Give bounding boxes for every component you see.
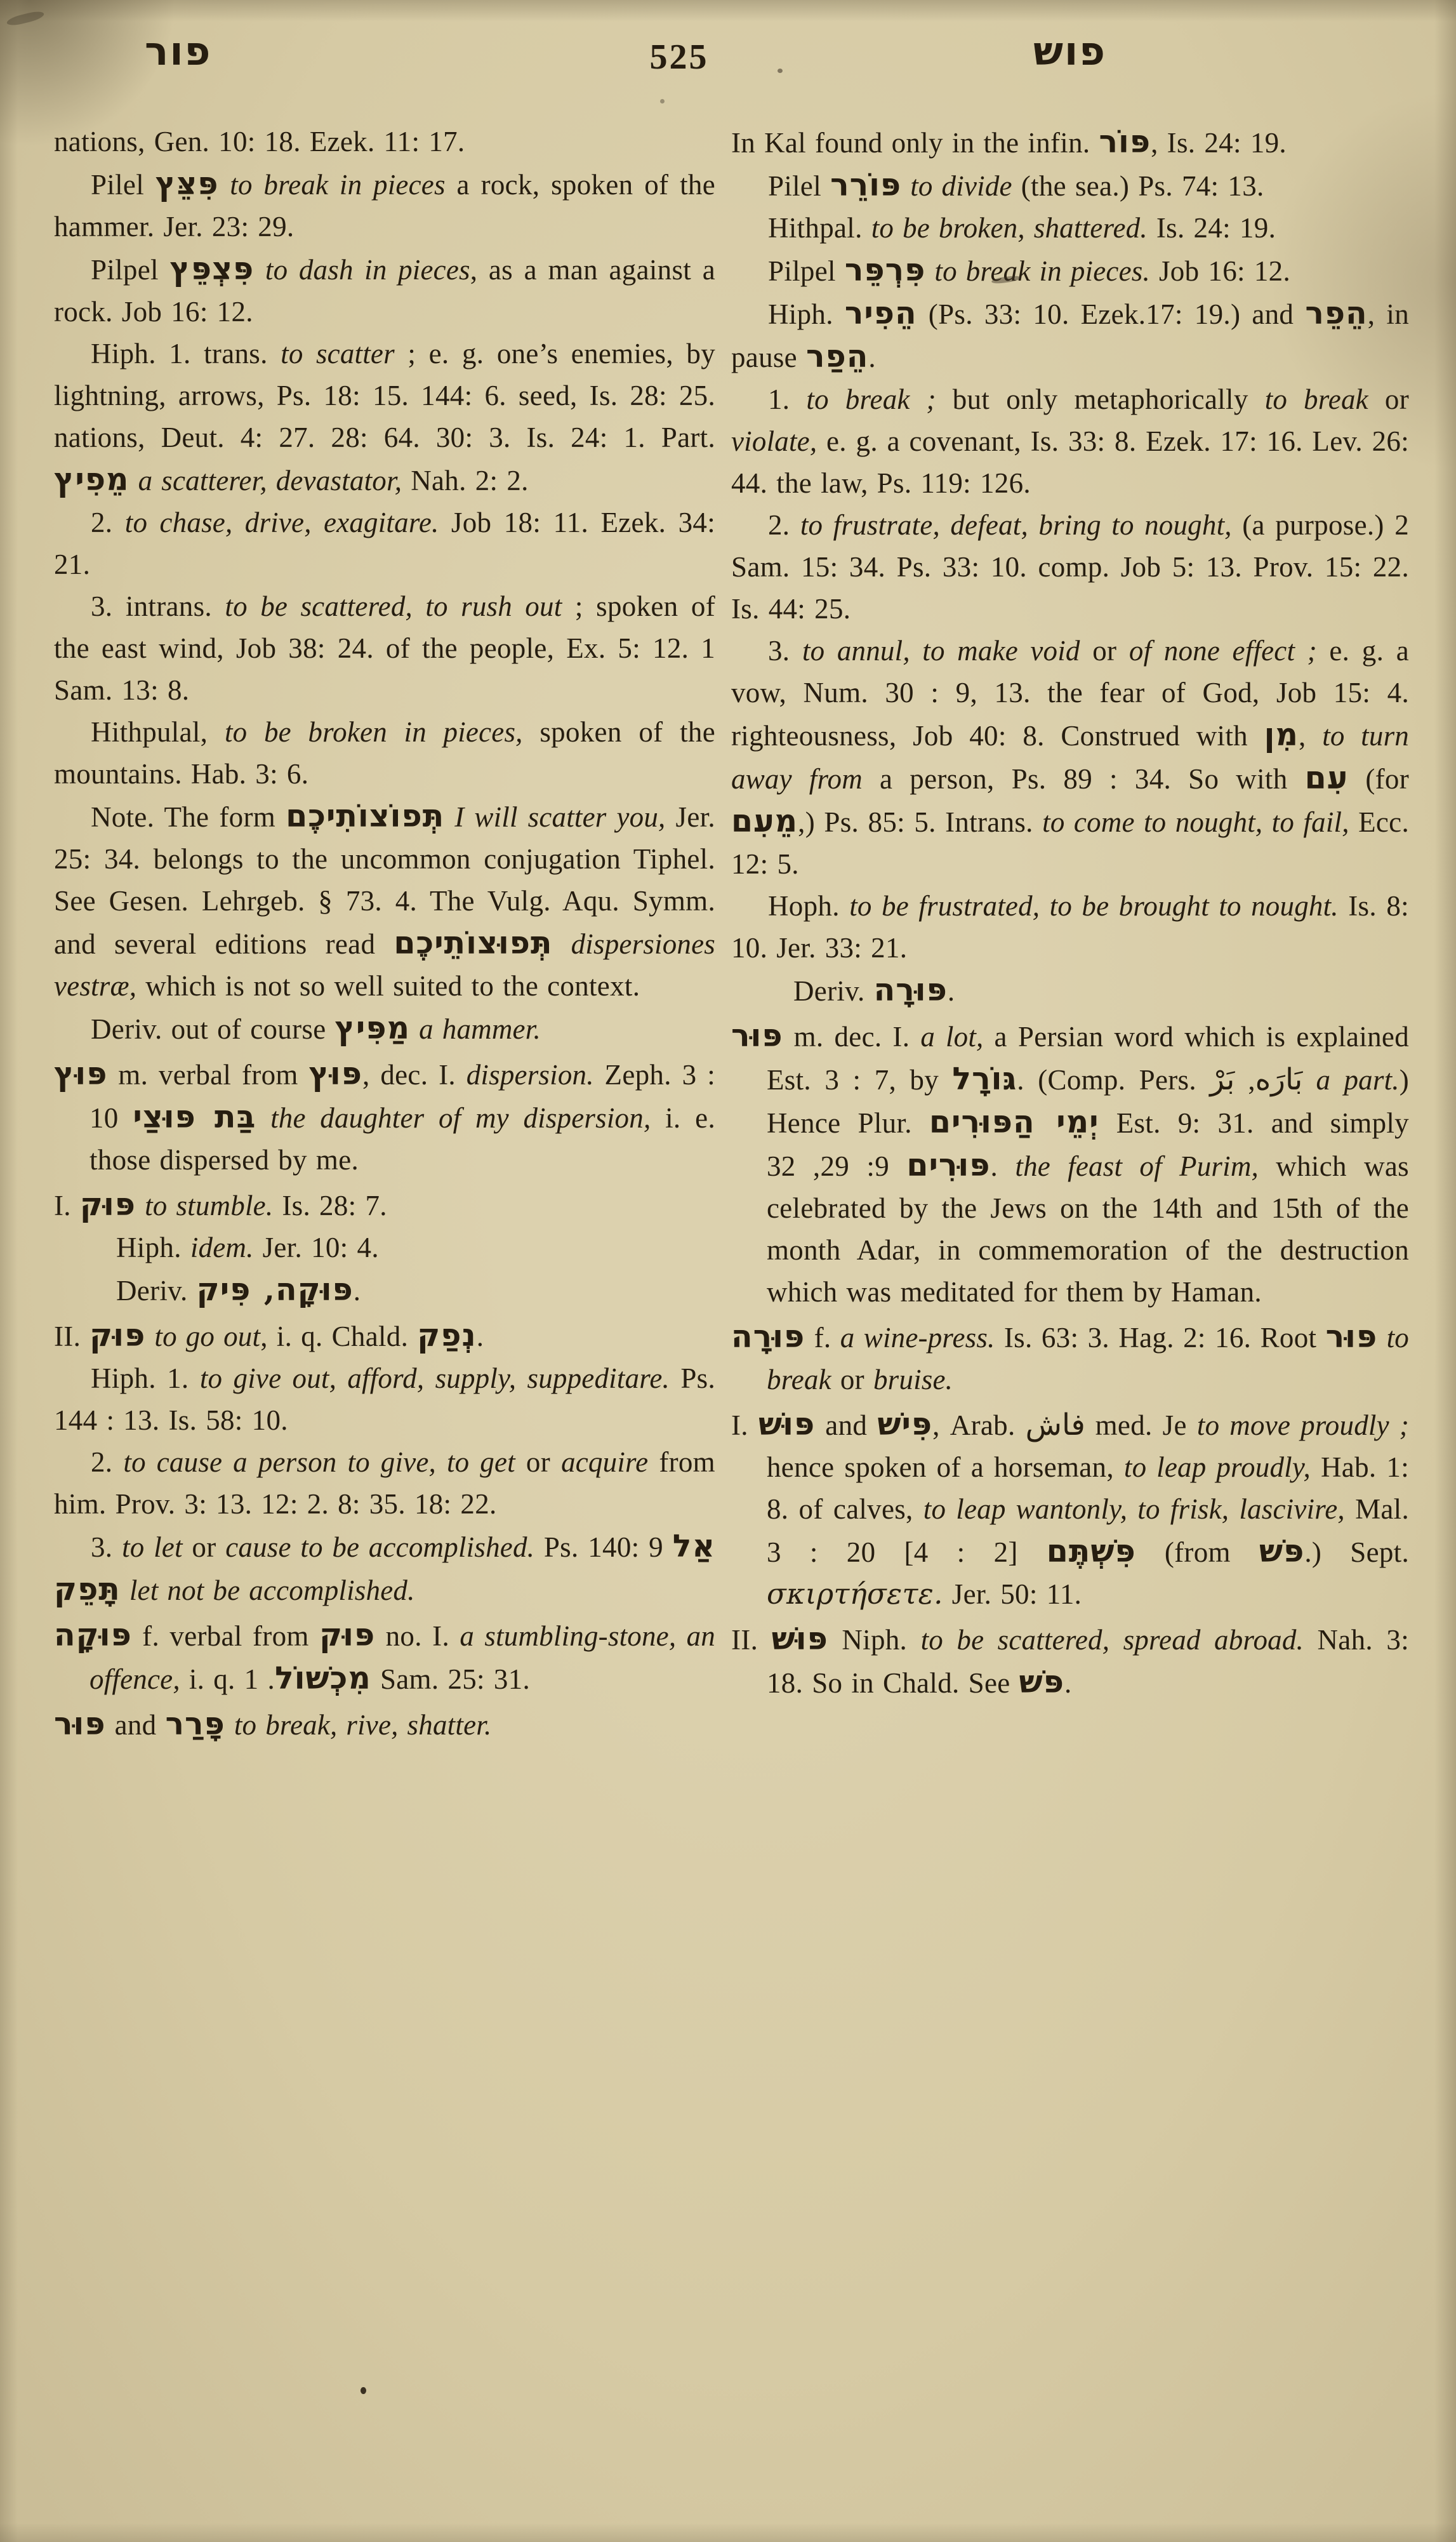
text-run [410, 1013, 419, 1045]
italic-run: to stumble. [145, 1190, 273, 1221]
text-run: Job 16: 12. [1150, 255, 1290, 287]
text-run: , [1299, 720, 1322, 752]
entry-paragraph: 2. to chase, drive, exagitare. Job 18: 1… [54, 502, 715, 585]
hebrew-word: פּוּץ [54, 1055, 107, 1092]
entry-paragraph: פּוּר and פָּרַר to break, rive, shatter… [54, 1703, 715, 1746]
text-run: Is. 24: 19. [1148, 212, 1276, 244]
hebrew-word: פּוּרָה [731, 1318, 805, 1355]
text-run: Niph. [828, 1624, 921, 1656]
text-run [256, 1102, 270, 1134]
italic-run: to divide [910, 170, 1012, 202]
hebrew-word: פּוּר [731, 1017, 783, 1054]
hebrew-word: פּוּקָה [54, 1616, 132, 1653]
text-run [1302, 1064, 1316, 1096]
text-run: or [515, 1446, 561, 1478]
entry-paragraph: Hiph. הֵפִיר (Ps. 33: 10. Ezek.17: 19.) … [731, 292, 1409, 378]
arabic-word: بَرْ [1210, 1062, 1234, 1097]
text-run: Hiph. [768, 298, 845, 330]
hebrew-word: מִכְשׁוֹל [275, 1660, 371, 1696]
text-run: . (Comp. Pers. [1017, 1064, 1210, 1096]
text-run: Ps. 140: 9 [534, 1531, 673, 1563]
entry-paragraph: Note. The form תְּפוֹצוֹתִיכֶם I will sc… [54, 795, 715, 1007]
text-run: Deriv. [116, 1275, 197, 1307]
hebrew-word: פִּשְׁתֶּם [1047, 1533, 1136, 1569]
text-run: , Arab. [932, 1409, 1026, 1441]
italic-run: to come to nought, to fail, [1042, 806, 1349, 838]
entry-paragraph: Pilpel פִּרְפֵּר to break in pieces. Job… [731, 249, 1409, 292]
italic-run: to break in pieces. [934, 255, 1150, 287]
text-run [1377, 1322, 1386, 1354]
italic-run: to chase, drive, exagitare. [125, 507, 439, 538]
text-run [145, 1321, 154, 1352]
text-run [129, 465, 138, 496]
text-run [552, 928, 571, 960]
text-run: or [1080, 635, 1129, 667]
text-run: Note. The form [91, 801, 286, 833]
hebrew-word: פִּצֵּץ [156, 165, 219, 202]
entry-paragraph: 1. to break ; but only metaphorically to… [731, 378, 1409, 504]
text-run: but only metaphorically [936, 383, 1265, 415]
text-run: Hoph. [768, 890, 849, 922]
entry-paragraph: Deriv. out of course מַפִּיץ a hammer. [54, 1007, 715, 1050]
hebrew-word: מִן [1264, 716, 1299, 753]
text-run: and [815, 1409, 877, 1441]
text-run: m. verbal from [107, 1059, 308, 1091]
entry-paragraph: פּוּר m. dec. I. a lot, a Persian word w… [731, 1015, 1409, 1313]
text-run: nations, Gen. 10: 18. Ezek. 11: 17. [54, 126, 465, 157]
text-run [136, 1190, 145, 1221]
hebrew-word: פּוּרָה [874, 971, 948, 1008]
hebrew-word: פּוּר [1326, 1318, 1378, 1355]
hebrew-word: מֵפִיץ [54, 461, 129, 498]
text-run: which is not so well suited to the conte… [136, 970, 640, 1002]
arabic-word: بَارَه [1255, 1062, 1303, 1097]
italic-run: to dash in pieces [265, 254, 470, 286]
text-run: . [1064, 1667, 1072, 1699]
italic-run: to break [1265, 383, 1368, 415]
italic-run: to be scattered, to rush out [225, 590, 562, 622]
entry-paragraph: Hiph. 1. trans. to scatter ; e. g. one’s… [54, 333, 715, 502]
hebrew-word: פּוֹר [1099, 123, 1151, 160]
hebrew-word: פּוּץ [309, 1055, 362, 1092]
text-run: .) Sept. [1304, 1536, 1409, 1568]
hebrew-word: פּשׁ [1019, 1663, 1064, 1700]
italic-run: to be broken in pieces, [225, 716, 523, 748]
text-run: Hiph. 1. [91, 1362, 200, 1394]
hebrew-word: פּשׁ [1259, 1533, 1304, 1569]
entry-paragraph: 3. intrans. to be scattered, to rush out… [54, 585, 715, 711]
hebrew-word: פּוּשׁ [758, 1406, 815, 1442]
text-run: 3. [768, 635, 802, 667]
text-run: Nah. 2: 2. [402, 465, 529, 496]
italic-run: acquire [561, 1446, 648, 1478]
entry-paragraph: Hithpal. to be broken, shattered. Is. 24… [731, 207, 1409, 249]
running-head-left: פור [145, 32, 211, 71]
entry-paragraph: In Kal found only in the infin. פּוֹר, I… [731, 121, 1409, 164]
text-run: II. [54, 1321, 89, 1352]
italic-run: of none effect ; [1129, 635, 1317, 667]
text-run: . [868, 342, 876, 373]
italic-run: to break ; [806, 383, 936, 415]
italic-run: the feast of Purim, [1015, 1150, 1259, 1182]
text-run: Jer. 50: 11. [943, 1578, 1082, 1610]
italic-run: to give out, afford, supply, suppeditare… [200, 1362, 670, 1394]
entry-paragraph: Hiph. 1. to give out, afford, supply, su… [54, 1357, 715, 1441]
text-run: . [354, 1275, 361, 1307]
text-run: f. verbal from [132, 1620, 319, 1652]
italic-run: a part. [1316, 1064, 1399, 1096]
italic-run: to annul, to make void [802, 635, 1080, 667]
ink-speck [361, 2387, 366, 2394]
text-run: , Is. 24: 19. [1151, 127, 1287, 159]
text-run: e. g. a covenant, Is. 33: 8. Ezek. 17: 1… [731, 425, 1409, 499]
italic-run: a hammer. [419, 1013, 541, 1045]
hebrew-word: תְּפוּצוֹתֵיכֶם [394, 924, 552, 961]
text-run: med. Je [1085, 1409, 1197, 1441]
text-run [925, 255, 934, 287]
hebrew-word: פּוּק [89, 1317, 145, 1354]
text-run: (the sea.) Ps. 74: 13. [1012, 170, 1264, 202]
page-number: 525 [609, 39, 749, 75]
italic-run: to be frustrated, to be brought to nough… [849, 890, 1339, 922]
entry-paragraph: פּוּקָה f. verbal from פּוּק no. I. a st… [54, 1614, 715, 1700]
italic-run: the daughter of my dispersion, [270, 1102, 651, 1134]
entry-paragraph: 2. to frustrate, defeat, bring to nought… [731, 504, 1409, 630]
greek-word: σκιρτήσετε. [767, 1577, 943, 1611]
italic-run: to let [122, 1531, 183, 1563]
entry-paragraph: Hoph. to be frustrated, to be brought to… [731, 885, 1409, 969]
left-column: nations, Gen. 10: 18. Ezek. 11: 17.Pilel… [54, 121, 715, 1746]
entry-paragraph: Pilel פִּצֵּץ to break in pieces a rock,… [54, 163, 715, 248]
text-run: ,) Ps. 85: 5. Intrans. [798, 806, 1042, 838]
text-run: Deriv. [793, 975, 874, 1007]
text-run: , [1234, 1064, 1255, 1096]
italic-run: to frustrate, defeat, bring to nought, [800, 509, 1232, 541]
entry-paragraph: Hiph. idem. Jer. 10: 4. [54, 1227, 715, 1268]
text-run: Deriv. out of course [91, 1013, 335, 1045]
ink-speck [660, 99, 665, 103]
entry-paragraph: פּוּרָה f. a wine-press. Is. 63: 3. Hag.… [731, 1315, 1409, 1401]
text-run [901, 170, 910, 202]
text-run: no. I. [375, 1620, 460, 1652]
text-run: a person, Ps. 89 : 34. So with [863, 763, 1305, 795]
text-run: Pilpel [768, 255, 845, 287]
hebrew-word: יְמֵי הַפּוּרִים [929, 1103, 1099, 1140]
text-run: II. [731, 1624, 772, 1656]
italic-run: to go out [154, 1321, 260, 1352]
text-run: (Ps. 33: 10. Ezek.17: 19.) and [917, 298, 1306, 330]
hebrew-word: בַּת פּוּצַי [133, 1098, 256, 1135]
entry-paragraph: Pilel פּוֹרֵר to divide (the sea.) Ps. 7… [731, 164, 1409, 207]
text-run: Est. 9: 31. and simply [1099, 1107, 1409, 1139]
hebrew-word: הֵפֵר [1305, 295, 1367, 331]
entry-paragraph: nations, Gen. 10: 18. Ezek. 11: 17. [54, 121, 715, 163]
text-run: or [831, 1364, 873, 1395]
text-run: 3. intrans. [91, 590, 225, 622]
ink-speck [778, 69, 783, 73]
italic-run: dispersion. [467, 1059, 594, 1091]
text-run: Hithpal. [768, 212, 871, 244]
text-run: , dec. I. [362, 1059, 467, 1091]
text-run: Is. 63: 3. Hag. 2: 16. Root [995, 1322, 1326, 1354]
text-run: In Kal found only in the infin. [731, 127, 1099, 159]
hebrew-word: תְּפוֹצוֹתִיכֶם [286, 797, 444, 834]
text-run [121, 1574, 129, 1606]
text-run: 1. [768, 383, 806, 415]
text-run: Pilel [91, 169, 156, 201]
entry-paragraph: פּוּץ m. verbal from פּוּץ, dec. I. disp… [54, 1053, 715, 1181]
hebrew-word: עִם [1305, 759, 1349, 796]
entry-paragraph: Hithpulal, to be broken in pieces, spoke… [54, 711, 715, 795]
text-run: Hithpulal, [91, 716, 225, 748]
italic-run: to leap wantonly, to frisk, lascivire, [923, 1493, 1345, 1525]
text-run [444, 801, 454, 833]
italic-run: a lot, [920, 1021, 983, 1053]
text-run: Is. 28: 7. [273, 1190, 387, 1221]
italic-run: let not be accomplished. [129, 1574, 415, 1606]
entry-paragraph: 3. to annul, to make void or of none eff… [731, 630, 1409, 885]
italic-run: to scatter [281, 338, 395, 369]
arabic-word: فاش [1026, 1407, 1085, 1442]
text-run: 3. [91, 1531, 122, 1563]
entry-paragraph: 3. to let or cause to be accomplished. P… [54, 1525, 715, 1611]
italic-run: I will scatter you, [454, 801, 665, 833]
text-run [218, 169, 230, 201]
hebrew-word: פִּרְפֵּר [845, 251, 925, 288]
hebrew-word: פּוּרִים [906, 1147, 990, 1183]
hebrew-word: פָּרַר [166, 1705, 225, 1742]
text-run: and [106, 1709, 166, 1741]
pencil-mark [6, 10, 45, 27]
text-run: I. [731, 1409, 758, 1441]
italic-run: a wine-press. [840, 1322, 995, 1354]
text-run: Jer. 10: 4. [254, 1232, 379, 1263]
text-run: Pilpel [91, 254, 169, 286]
entry-paragraph: 2. to cause a person to give, to get or … [54, 1441, 715, 1525]
italic-run: idem. [190, 1232, 254, 1263]
text-run: Hiph. 1. trans. [91, 338, 281, 369]
text-run: 2. [91, 507, 125, 538]
italic-run: to leap proudly, [1124, 1451, 1311, 1483]
text-run: 2. [91, 1446, 123, 1478]
hebrew-word: מַפִּיץ [335, 1009, 411, 1046]
hebrew-word: הֵפִיר [845, 295, 917, 331]
hebrew-word: פּוֹרֵר [830, 166, 901, 203]
entry-paragraph: I. פּוּשׁ and פִּישׁ, Arab. فاش med. Je … [731, 1403, 1409, 1615]
entry-paragraph: Deriv. פּוּרָה. [731, 969, 1409, 1012]
entry-paragraph: I. פּוּק to stumble. Is. 28: 7. [54, 1183, 715, 1227]
text-run: hence spoken of a horseman, [767, 1451, 1124, 1483]
text-run: m. dec. I. [783, 1021, 921, 1053]
text-run [225, 1709, 234, 1741]
text-run: (for [1348, 763, 1409, 795]
text-run: i. q. [180, 1663, 244, 1695]
italic-run: to move proudly ; [1197, 1409, 1409, 1441]
text-run: Hiph. [116, 1232, 190, 1263]
italic-run: to be broken, shattered. [871, 212, 1148, 244]
page: פור 525 פוש nations, Gen. 10: 18. Ezek. … [0, 0, 1456, 2542]
hebrew-word: נְפַק [417, 1317, 477, 1354]
italic-run: violate, [731, 425, 817, 457]
entry-paragraph: Deriv. פּוּקָה, פִּיק. [54, 1268, 715, 1312]
text-run: or [183, 1531, 226, 1563]
hebrew-word: פּוּשׁ [772, 1620, 828, 1657]
text-run: f. [805, 1322, 840, 1354]
italic-run: to break, rive, shatter. [234, 1709, 492, 1741]
hebrew-word: פּוּק [319, 1616, 375, 1653]
right-column: In Kal found only in the infin. פּוֹר, I… [731, 121, 1409, 1704]
entry-paragraph: II. פּוּק to go out, i. q. Chald. נְפַק. [54, 1314, 715, 1357]
italic-run: a scatterer, devastator, [138, 465, 402, 496]
hebrew-word: מֵעִם [731, 802, 798, 839]
running-head-right: פוש [1033, 32, 1106, 71]
italic-run: bruise. [873, 1364, 953, 1395]
italic-run: to be scattered, spread abroad. [921, 1624, 1304, 1656]
italic-run: to break in pieces [230, 169, 445, 201]
hebrew-word: פּוּר [54, 1705, 106, 1742]
italic-run: to cause a person to give, to get [123, 1446, 515, 1478]
text-run: I. [54, 1190, 80, 1221]
text-run: . [477, 1321, 484, 1352]
entry-paragraph: Pilpel פִּצְפֵּץ to dash in pieces, as a… [54, 248, 715, 333]
hebrew-word: פִּישׁ [877, 1406, 932, 1442]
hebrew-word: גּוֹרָל [952, 1060, 1017, 1097]
text-run: , i. q. Chald. [260, 1321, 417, 1352]
hebrew-word: פּוּק [80, 1186, 136, 1223]
italic-run: cause to be accomplished. [225, 1531, 534, 1563]
text-run: Pilel [768, 170, 830, 202]
hebrew-word: הֵפַר [806, 338, 868, 375]
text-run [254, 254, 265, 286]
text-run: or [1368, 383, 1409, 415]
text-run: 2. [768, 509, 800, 541]
hebrew-word: פִּצְפֵּץ [169, 250, 254, 287]
text-run: . [948, 975, 955, 1007]
text-run: (from [1136, 1536, 1259, 1568]
hebrew-word: פּוּקָה, פִּיק [197, 1271, 354, 1308]
entry-paragraph: II. פּוּשׁ Niph. to be scattered, spread… [731, 1618, 1409, 1704]
